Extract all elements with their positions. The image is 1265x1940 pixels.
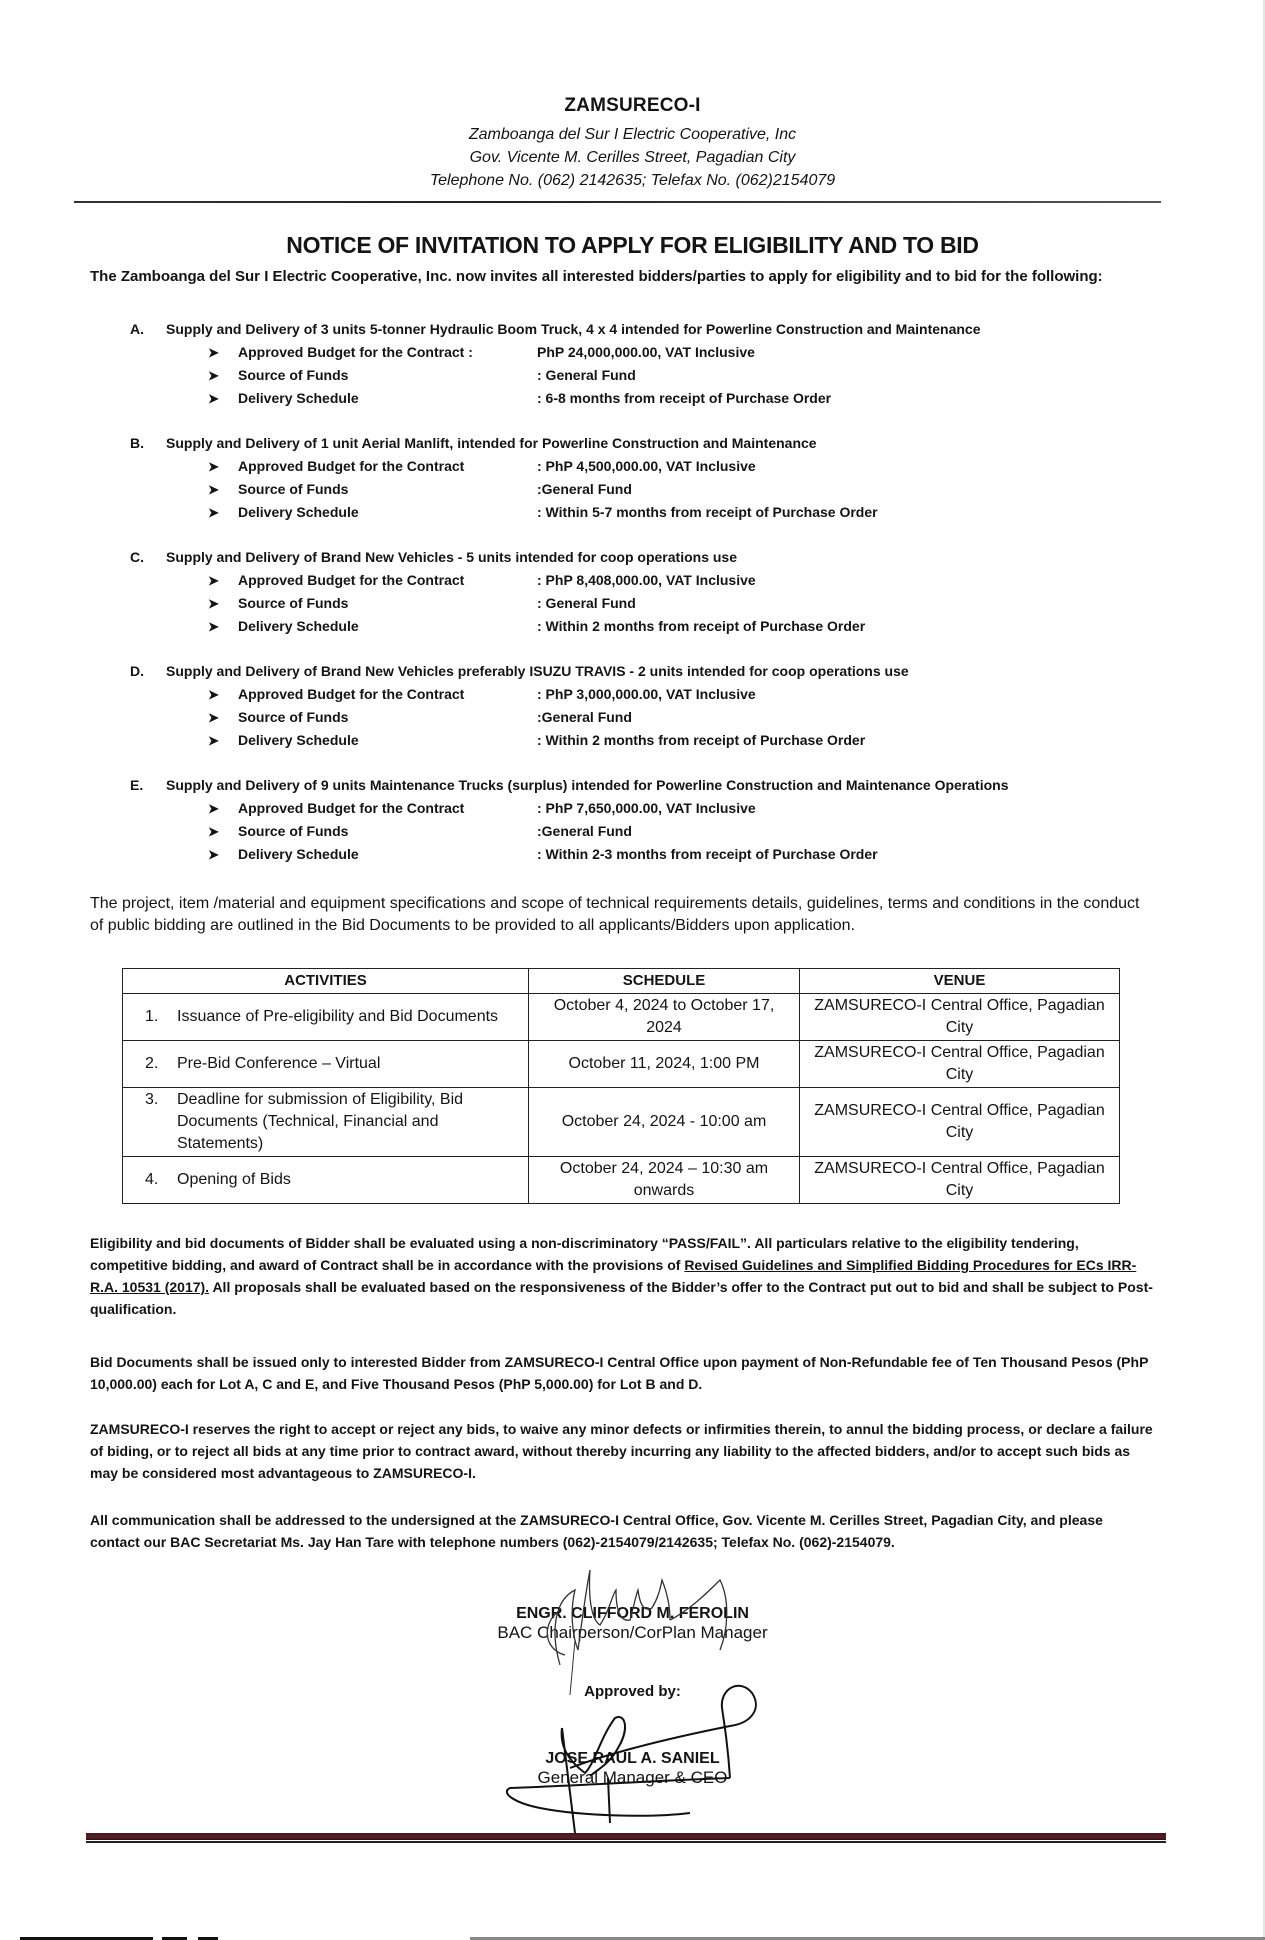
lot-title: B.Supply and Delivery of 1 unit Aerial M… <box>100 432 1170 455</box>
activity-cell: 2.Pre-Bid Conference – Virtual <box>123 1041 529 1088</box>
lot-detail-value: PhP 24,000,000.00, VAT Inclusive <box>537 341 755 364</box>
arrow-bullet-icon: ➤ <box>208 615 238 638</box>
lot-detail-value: : General Fund <box>537 364 636 387</box>
venue-cell: ZAMSURECO-I Central Office, Pagadian Cit… <box>800 1157 1120 1204</box>
lot-detail-row: ➤Delivery Schedule: 6-8 months from rece… <box>100 387 1170 410</box>
activity-number: 2. <box>129 1053 177 1075</box>
lot-detail-row: ➤Delivery Schedule: Within 2 months from… <box>100 615 1170 638</box>
signatory-second: JOSE RAUL A. SANIEL General Manager & CE… <box>0 1750 1265 1788</box>
lot-detail-value: : Within 2 months from receipt of Purcha… <box>537 615 865 638</box>
table-header-row: ACTIVITIES SCHEDULE VENUE <box>123 969 1120 994</box>
activity-text: Opening of Bids <box>177 1169 522 1191</box>
lot-detail-label: Delivery Schedule <box>238 615 537 638</box>
lot-title: E.Supply and Delivery of 9 units Mainten… <box>100 774 1170 797</box>
lots-list: A.Supply and Delivery of 3 units 5-tonne… <box>100 318 1170 888</box>
lot-item: C.Supply and Delivery of Brand New Vehic… <box>100 546 1170 638</box>
schedule-table: ACTIVITIES SCHEDULE VENUE 1.Issuance of … <box>122 968 1120 1204</box>
schedule-cell: October 24, 2024 – 10:30 am onwards <box>529 1157 800 1204</box>
activity-number: 1. <box>129 1006 177 1028</box>
activity-number: 3. <box>129 1089 177 1155</box>
lot-detail-row: ➤Approved Budget for the Contract: PhP 4… <box>100 455 1170 478</box>
lot-letter: E. <box>100 774 166 797</box>
lot-detail-row: ➤Delivery Schedule: Within 2 months from… <box>100 729 1170 752</box>
activity-cell: 3.Deadline for submission of Eligibility… <box>123 1088 529 1157</box>
signatory-first-title: BAC Chairperson/CorPlan Manager <box>0 1623 1265 1643</box>
footer-divider <box>86 1833 1166 1843</box>
arrow-bullet-icon: ➤ <box>208 364 238 387</box>
lot-title: A.Supply and Delivery of 3 units 5-tonne… <box>100 318 1170 341</box>
header-activities: ACTIVITIES <box>123 969 529 994</box>
lot-letter: A. <box>100 318 166 341</box>
table-row: 3.Deadline for submission of Eligibility… <box>123 1088 1120 1157</box>
approved-by-label: Approved by: <box>0 1683 1265 1700</box>
signatory-second-name: JOSE RAUL A. SANIEL <box>0 1750 1265 1768</box>
arrow-bullet-icon: ➤ <box>208 387 238 410</box>
org-address: Gov. Vicente M. Cerilles Street, Pagadia… <box>0 146 1265 169</box>
lot-detail-label: Source of Funds <box>238 820 537 843</box>
lot-detail-value: : PhP 8,408,000.00, VAT Inclusive <box>537 569 756 592</box>
lot-detail-value: : PhP 7,650,000.00, VAT Inclusive <box>537 797 756 820</box>
lot-detail-row: ➤Source of Funds: General Fund <box>100 364 1170 387</box>
lot-detail-row: ➤Delivery Schedule: Within 2-3 months fr… <box>100 843 1170 866</box>
lot-detail-label: Approved Budget for the Contract : <box>238 341 537 364</box>
lot-detail-row: ➤Delivery Schedule: Within 5-7 months fr… <box>100 501 1170 524</box>
activity-text: Issuance of Pre-eligibility and Bid Docu… <box>177 1006 522 1028</box>
lot-detail-row: ➤Source of Funds:General Fund <box>100 820 1170 843</box>
arrow-bullet-icon: ➤ <box>208 501 238 524</box>
lot-letter: D. <box>100 660 166 683</box>
lot-detail-row: ➤Source of Funds: General Fund <box>100 592 1170 615</box>
lot-detail-row: ➤Approved Budget for the Contract: PhP 3… <box>100 683 1170 706</box>
table-row: 4.Opening of BidsOctober 24, 2024 – 10:3… <box>123 1157 1120 1204</box>
lot-detail-value: : 6-8 months from receipt of Purchase Or… <box>537 387 831 410</box>
lot-detail-label: Delivery Schedule <box>238 501 537 524</box>
lot-item: E.Supply and Delivery of 9 units Mainten… <box>100 774 1170 866</box>
table-row: 1.Issuance of Pre-eligibility and Bid Do… <box>123 994 1120 1041</box>
communication-paragraph: All communication shall be addressed to … <box>90 1509 1155 1553</box>
org-full-name: Zamboanga del Sur I Electric Cooperative… <box>0 123 1265 146</box>
lot-detail-value: :General Fund <box>537 820 632 843</box>
lot-detail-label: Source of Funds <box>238 478 537 501</box>
lot-detail-label: Approved Budget for the Contract <box>238 455 537 478</box>
lot-detail-value: :General Fund <box>537 706 632 729</box>
lot-detail-label: Delivery Schedule <box>238 729 537 752</box>
specs-paragraph: The project, item /material and equipmen… <box>90 893 1155 937</box>
schedule-cell: October 4, 2024 to October 17, 2024 <box>529 994 800 1041</box>
table-row: 2.Pre-Bid Conference – VirtualOctober 11… <box>123 1041 1120 1088</box>
arrow-bullet-icon: ➤ <box>208 729 238 752</box>
lot-letter: B. <box>100 432 166 455</box>
lot-detail-value: : General Fund <box>537 592 636 615</box>
intro-paragraph: The Zamboanga del Sur I Electric Coopera… <box>90 266 1155 288</box>
header-divider <box>74 201 1161 203</box>
lot-detail-label: Approved Budget for the Contract <box>238 797 537 820</box>
signatory-first-name: ENGR. CLIFFORD M. FEROLIN <box>0 1605 1265 1623</box>
lot-detail-label: Approved Budget for the Contract <box>238 683 537 706</box>
lot-detail-row: ➤Source of Funds:General Fund <box>100 478 1170 501</box>
rights-paragraph: ZAMSURECO-I reserves the right to accept… <box>90 1418 1155 1484</box>
arrow-bullet-icon: ➤ <box>208 706 238 729</box>
header-schedule: SCHEDULE <box>529 969 800 994</box>
lot-item: B.Supply and Delivery of 1 unit Aerial M… <box>100 432 1170 524</box>
letterhead: ZAMSURECO-I Zamboanga del Sur I Electric… <box>0 95 1265 192</box>
org-name: ZAMSURECO-I <box>0 95 1265 117</box>
signatory-first: ENGR. CLIFFORD M. FEROLIN BAC Chairperso… <box>0 1605 1265 1643</box>
lot-item: A.Supply and Delivery of 3 units 5-tonne… <box>100 318 1170 410</box>
lot-title-text: Supply and Delivery of 9 units Maintenan… <box>166 774 1008 797</box>
arrow-bullet-icon: ➤ <box>208 843 238 866</box>
arrow-bullet-icon: ➤ <box>208 797 238 820</box>
eligibility-text-2: All proposals shall be evaluated based o… <box>90 1279 1153 1317</box>
lot-detail-label: Source of Funds <box>238 364 537 387</box>
lot-item: D.Supply and Delivery of Brand New Vehic… <box>100 660 1170 752</box>
venue-cell: ZAMSURECO-I Central Office, Pagadian Cit… <box>800 994 1120 1041</box>
lot-title-text: Supply and Delivery of 3 units 5-tonner … <box>166 318 980 341</box>
lot-title: D.Supply and Delivery of Brand New Vehic… <box>100 660 1170 683</box>
lot-detail-value: : Within 5-7 months from receipt of Purc… <box>537 501 878 524</box>
arrow-bullet-icon: ➤ <box>208 341 238 364</box>
lot-detail-value: : PhP 3,000,000.00, VAT Inclusive <box>537 683 756 706</box>
notice-title: NOTICE OF INVITATION TO APPLY FOR ELIGIB… <box>0 232 1265 259</box>
lot-detail-label: Source of Funds <box>238 592 537 615</box>
lot-detail-value: : Within 2 months from receipt of Purcha… <box>537 729 865 752</box>
activity-text: Deadline for submission of Eligibility, … <box>177 1089 522 1155</box>
lot-title-text: Supply and Delivery of 1 unit Aerial Man… <box>166 432 817 455</box>
activity-number: 4. <box>129 1169 177 1191</box>
lot-detail-value: :General Fund <box>537 478 632 501</box>
lot-title-text: Supply and Delivery of Brand New Vehicle… <box>166 660 909 683</box>
lot-title: C.Supply and Delivery of Brand New Vehic… <box>100 546 1170 569</box>
arrow-bullet-icon: ➤ <box>208 592 238 615</box>
lot-letter: C. <box>100 546 166 569</box>
lot-title-text: Supply and Delivery of Brand New Vehicle… <box>166 546 737 569</box>
eligibility-paragraph: Eligibility and bid documents of Bidder … <box>90 1232 1155 1320</box>
lot-detail-label: Approved Budget for the Contract <box>238 569 537 592</box>
activity-text: Pre-Bid Conference – Virtual <box>177 1053 522 1075</box>
lot-detail-label: Delivery Schedule <box>238 843 537 866</box>
org-contact: Telephone No. (062) 2142635; Telefax No.… <box>0 169 1265 192</box>
lot-detail-row: ➤Approved Budget for the Contract :PhP 2… <box>100 341 1170 364</box>
arrow-bullet-icon: ➤ <box>208 455 238 478</box>
lot-detail-row: ➤Approved Budget for the Contract: PhP 8… <box>100 569 1170 592</box>
lot-detail-label: Source of Funds <box>238 706 537 729</box>
arrow-bullet-icon: ➤ <box>208 569 238 592</box>
venue-cell: ZAMSURECO-I Central Office, Pagadian Cit… <box>800 1088 1120 1157</box>
schedule-cell: October 11, 2024, 1:00 PM <box>529 1041 800 1088</box>
activity-cell: 1.Issuance of Pre-eligibility and Bid Do… <box>123 994 529 1041</box>
venue-cell: ZAMSURECO-I Central Office, Pagadian Cit… <box>800 1041 1120 1088</box>
fee-paragraph: Bid Documents shall be issued only to in… <box>90 1351 1155 1395</box>
arrow-bullet-icon: ➤ <box>208 683 238 706</box>
lot-detail-row: ➤Source of Funds:General Fund <box>100 706 1170 729</box>
header-venue: VENUE <box>800 969 1120 994</box>
arrow-bullet-icon: ➤ <box>208 820 238 843</box>
schedule-cell: October 24, 2024 - 10:00 am <box>529 1088 800 1157</box>
lot-detail-value: : PhP 4,500,000.00, VAT Inclusive <box>537 455 756 478</box>
arrow-bullet-icon: ➤ <box>208 478 238 501</box>
lot-detail-label: Delivery Schedule <box>238 387 537 410</box>
lot-detail-value: : Within 2-3 months from receipt of Purc… <box>537 843 878 866</box>
activity-cell: 4.Opening of Bids <box>123 1157 529 1204</box>
lot-detail-row: ➤Approved Budget for the Contract: PhP 7… <box>100 797 1170 820</box>
signatory-second-title: General Manager & CEO <box>0 1768 1265 1788</box>
